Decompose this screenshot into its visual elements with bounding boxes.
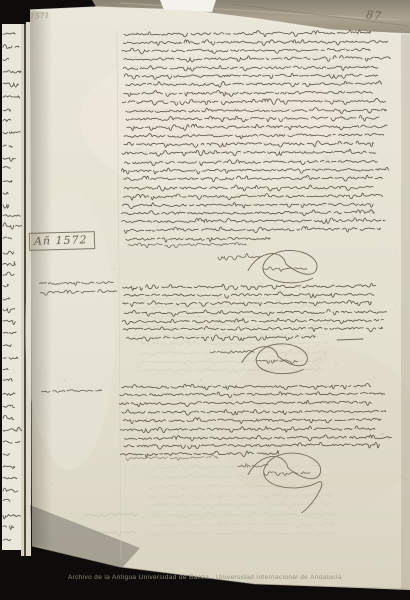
manuscript-scan: 87 1571 Añ 1572 Archivo de la Antigua Un… xyxy=(0,0,410,600)
folio-number: 87 xyxy=(365,8,382,23)
manuscript-page-rendering xyxy=(0,0,410,600)
top-left-year-annotation: 1571 xyxy=(30,11,50,20)
archive-watermark-caption: Archivo de la Antigua Universidad de Bae… xyxy=(0,574,410,581)
gutter-shadow xyxy=(30,10,52,548)
binding-gutter-shadow-line xyxy=(24,24,26,556)
binding-edge-light xyxy=(21,24,24,556)
boxed-year-annotation: Añ 1572 xyxy=(29,231,95,251)
